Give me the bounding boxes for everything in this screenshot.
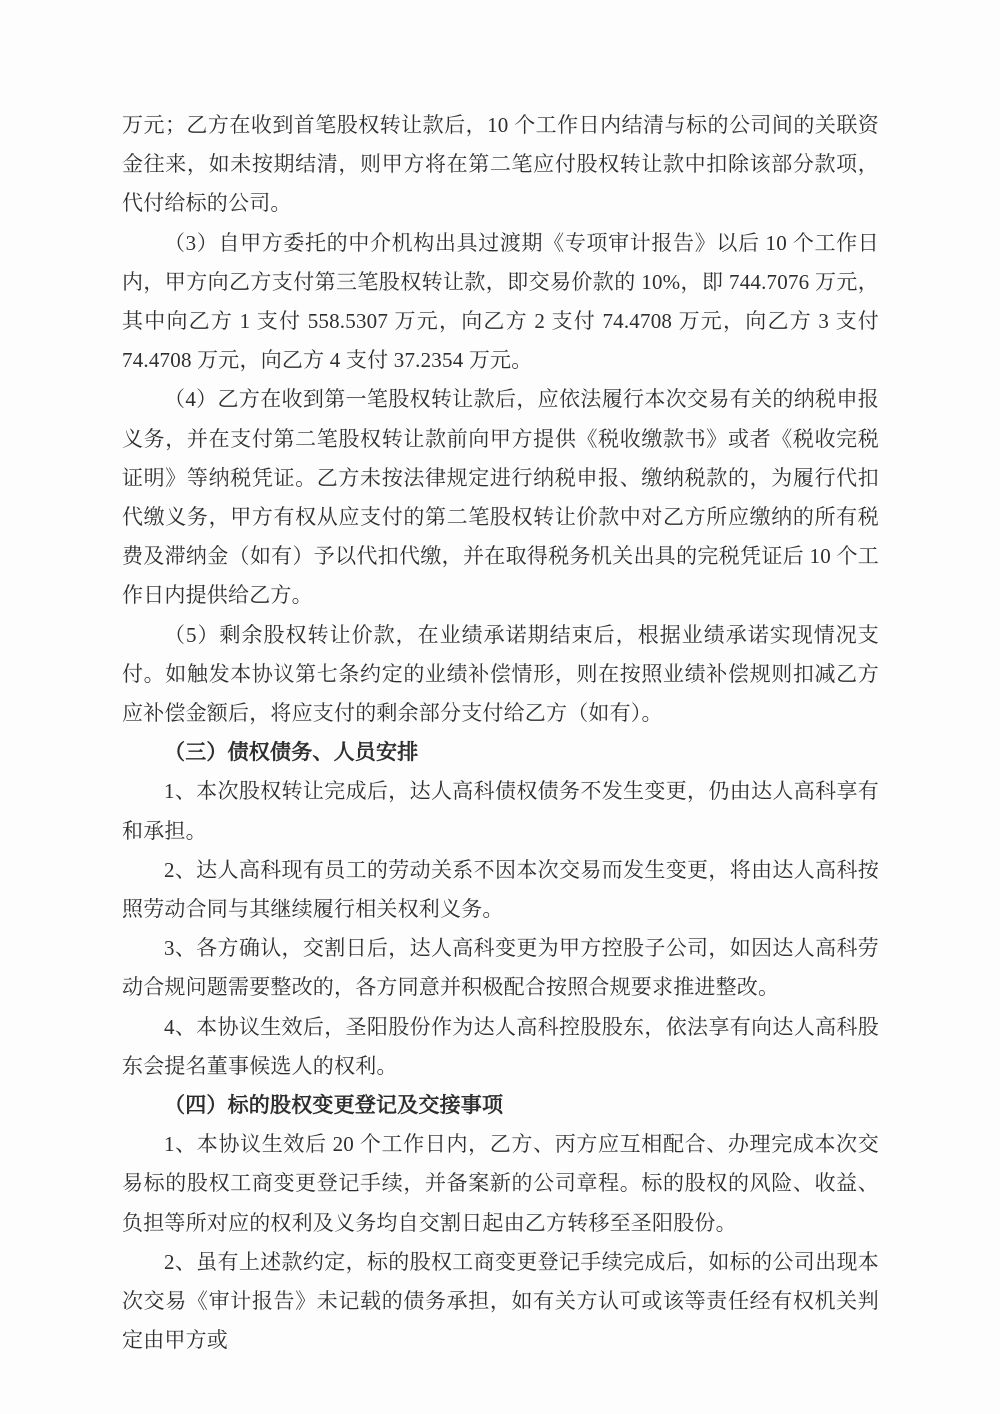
para-clause-5: （5）剩余股权转让价款，在业绩承诺期结束后，根据业绩承诺实现情况支付。如触发本协…	[122, 616, 879, 734]
para-section3-item-4: 4、本协议生效后，圣阳股份作为达人高科控股股东，依法享有向达人高科股东会提名董事…	[122, 1008, 879, 1086]
para-section3-item-1: 1、本次股权转让完成后，达人高科债权债务不发生变更，仍由达人高科享有和承担。	[122, 772, 879, 850]
para-continuation: 万元；乙方在收到首笔股权转让款后，10 个工作日内结清与标的公司间的关联资金往来…	[122, 106, 879, 224]
document-page: 万元；乙方在收到首笔股权转让款后，10 个工作日内结清与标的公司间的关联资金往来…	[0, 0, 1000, 1414]
para-section3-item-3: 3、各方确认，交割日后，达人高科变更为甲方控股子公司，如因达人高科劳动合规问题需…	[122, 929, 879, 1007]
para-section4-item-1: 1、本协议生效后 20 个工作日内，乙方、丙方应互相配合、办理完成本次交易标的股…	[122, 1125, 879, 1243]
document-body: 万元；乙方在收到首笔股权转让款后，10 个工作日内结清与标的公司间的关联资金往来…	[122, 106, 879, 1361]
para-section3-item-2: 2、达人高科现有员工的劳动关系不因本次交易而发生变更，将由达人高科按照劳动合同与…	[122, 851, 879, 929]
para-section4-item-2: 2、虽有上述款约定，标的股权工商变更登记手续完成后，如标的公司出现本次交易《审计…	[122, 1243, 879, 1361]
para-clause-4: （4）乙方在收到第一笔股权转让款后，应依法履行本次交易有关的纳税申报义务，并在支…	[122, 380, 879, 615]
para-clause-3: （3）自甲方委托的中介机构出具过渡期《专项审计报告》以后 10 个工作日内，甲方…	[122, 224, 879, 381]
heading-section-3-debts-personnel: （三）债权债务、人员安排	[122, 733, 879, 772]
heading-section-4-equity-registration: （四）标的股权变更登记及交接事项	[122, 1086, 879, 1125]
